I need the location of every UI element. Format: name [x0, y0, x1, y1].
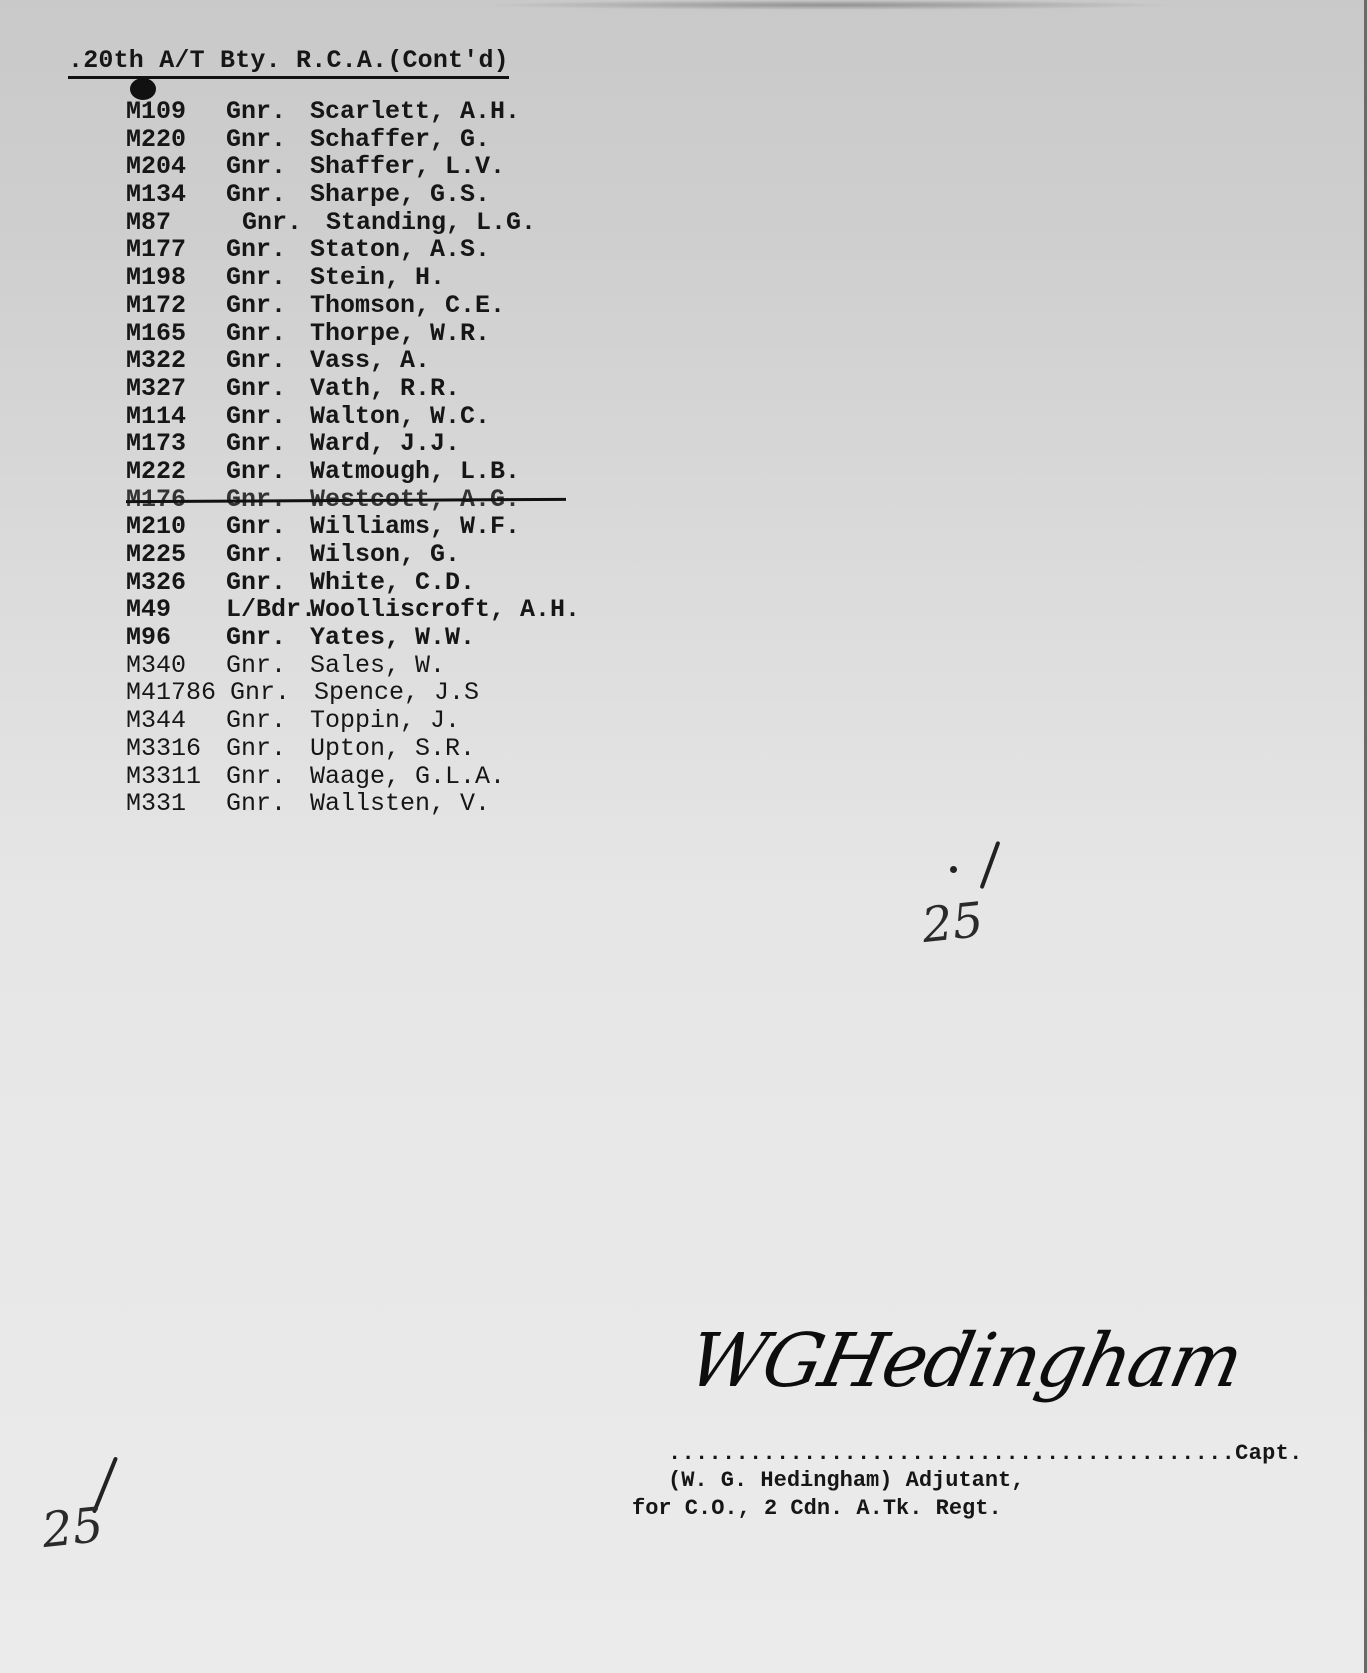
roster-row: M3316Gnr.Upton, S.R.	[126, 735, 580, 763]
roster-row: M220Gnr.Schaffer, G.	[126, 126, 580, 154]
roster-row: M176Gnr.Westcott, A.G.	[126, 486, 580, 514]
roster-row: M326Gnr.White, C.D.	[126, 569, 580, 597]
rank: Gnr.	[226, 264, 310, 292]
service-number: M210	[126, 513, 226, 541]
soldier-name: Spence, J.S	[314, 678, 479, 707]
service-number: M198	[126, 264, 226, 292]
roster-row: M109Gnr.Scarlett, A.H.	[126, 98, 580, 126]
service-number: M322	[126, 347, 226, 375]
roster-row: M340Gnr.Sales, W.	[126, 652, 580, 680]
service-number: M204	[126, 153, 226, 181]
soldier-name: Sharpe, G.S.	[310, 180, 490, 209]
rank: Gnr.	[226, 486, 310, 514]
roster-row: M327Gnr.Vath, R.R.	[126, 375, 580, 403]
rank: Gnr.	[226, 513, 310, 541]
soldier-name: Williams, W.F.	[310, 512, 520, 541]
soldier-name: Toppin, J.	[310, 706, 460, 735]
rank: Gnr.	[226, 790, 310, 818]
soldier-name: Waage, G.L.A.	[310, 762, 505, 791]
service-number: M3316	[126, 735, 226, 763]
signature-block: WGHedingham	[690, 1318, 1210, 1458]
soldier-name: Shaffer, L.V.	[310, 152, 505, 181]
rank: Gnr.	[226, 652, 310, 680]
roster-row: M225Gnr.Wilson, G.	[126, 541, 580, 569]
handwritten-count-middle: 25	[919, 892, 986, 954]
roster-row: M198Gnr.Stein, H.	[126, 264, 580, 292]
rank: Gnr.	[226, 458, 310, 486]
service-number: M225	[126, 541, 226, 569]
service-number: M96	[126, 624, 226, 652]
soldier-name: Watmough, L.B.	[310, 457, 520, 486]
rank: Gnr.	[226, 181, 310, 209]
service-number: M114	[126, 403, 226, 431]
service-number: M87	[126, 209, 226, 237]
service-number: M326	[126, 569, 226, 597]
rank: Gnr.	[242, 209, 326, 237]
rank: Gnr.	[226, 763, 310, 791]
rank: L/Bdr.	[226, 596, 310, 624]
handwritten-dot	[950, 866, 957, 873]
roster-row: M204Gnr.Shaffer, L.V.	[126, 153, 580, 181]
soldier-name: Westcott, A.G.	[310, 485, 520, 514]
rank: Gnr.	[230, 679, 314, 707]
soldier-name: White, C.D.	[310, 568, 475, 597]
signatory-unit: for C.O., 2 Cdn. A.Tk. Regt.	[632, 1496, 1002, 1521]
service-number: M220	[126, 126, 226, 154]
rank: Gnr.	[226, 430, 310, 458]
handwritten-tick-mark	[980, 841, 1001, 889]
rank: Gnr.	[226, 236, 310, 264]
soldier-name: Standing, L.G.	[326, 208, 536, 237]
soldier-name: Vath, R.R.	[310, 374, 460, 403]
roster-list: M109Gnr.Scarlett, A.H.M220Gnr.Schaffer, …	[126, 98, 580, 818]
soldier-name: Schaffer, G.	[310, 125, 490, 154]
roster-row: M322Gnr.Vass, A.	[126, 347, 580, 375]
soldier-name: Ward, J.J.	[310, 429, 460, 458]
service-number: M327	[126, 375, 226, 403]
roster-row: M49L/Bdr.Woolliscroft, A.H.	[126, 596, 580, 624]
rank: Gnr.	[226, 126, 310, 154]
rank: Gnr.	[226, 624, 310, 652]
scan-shadow	[480, 0, 1180, 10]
handwritten-count-lower: 25	[39, 1497, 106, 1559]
roster-row: M172Gnr.Thomson, C.E.	[126, 292, 580, 320]
roster-row: M3311Gnr.Waage, G.L.A.	[126, 763, 580, 791]
signature-dotted-line: ........................................…	[668, 1441, 1303, 1466]
soldier-name: Stein, H.	[310, 263, 445, 292]
service-number: M3311	[126, 763, 226, 791]
service-number: M177	[126, 236, 226, 264]
roster-row: M173Gnr.Ward, J.J.	[126, 430, 580, 458]
rank: Gnr.	[226, 153, 310, 181]
roster-row: M96Gnr.Yates, W.W.	[126, 624, 580, 652]
soldier-name: Thorpe, W.R.	[310, 319, 490, 348]
rank: Gnr.	[226, 541, 310, 569]
service-number: M176	[126, 486, 226, 514]
roster-row: M177Gnr.Staton, A.S.	[126, 236, 580, 264]
roster-row: M114Gnr.Walton, W.C.	[126, 403, 580, 431]
service-number: M331	[126, 790, 226, 818]
service-number: M165	[126, 320, 226, 348]
service-number: M134	[126, 181, 226, 209]
rank: Gnr.	[226, 403, 310, 431]
service-number: M173	[126, 430, 226, 458]
service-number: M172	[126, 292, 226, 320]
roster-row: M87Gnr.Standing, L.G.	[126, 209, 580, 237]
soldier-name: Thomson, C.E.	[310, 291, 505, 320]
rank: Gnr.	[226, 735, 310, 763]
rank: Gnr.	[226, 569, 310, 597]
roster-row: M134Gnr.Sharpe, G.S.	[126, 181, 580, 209]
roster-row: M41786Gnr.Spence, J.S	[126, 679, 580, 707]
battery-heading: .20th A/T Bty. R.C.A.(Cont'd)	[68, 46, 509, 79]
rank: Gnr.	[226, 292, 310, 320]
service-number: M41786	[126, 679, 216, 707]
handwritten-signature: WGHedingham	[681, 1318, 1249, 1404]
soldier-name: Upton, S.R.	[310, 734, 475, 763]
rank: Gnr.	[226, 98, 310, 126]
rank: Gnr.	[226, 707, 310, 735]
soldier-name: Sales, W.	[310, 651, 445, 680]
soldier-name: Yates, W.W.	[310, 623, 475, 652]
soldier-name: Wallsten, V.	[310, 789, 490, 818]
service-number: M340	[126, 652, 226, 680]
rank: Gnr.	[226, 375, 310, 403]
rank: Gnr.	[226, 347, 310, 375]
service-number: M344	[126, 707, 226, 735]
rank: Gnr.	[226, 320, 310, 348]
roster-row: M210Gnr.Williams, W.F.	[126, 513, 580, 541]
soldier-name: Walton, W.C.	[310, 402, 490, 431]
soldier-name: Staton, A.S.	[310, 235, 490, 264]
soldier-name: Woolliscroft, A.H.	[310, 595, 580, 624]
soldier-name: Wilson, G.	[310, 540, 460, 569]
service-number: M109	[126, 98, 226, 126]
roster-row: M165Gnr.Thorpe, W.R.	[126, 320, 580, 348]
signatory-name: (W. G. Hedingham) Adjutant,	[668, 1468, 1024, 1493]
roster-row: M222Gnr.Watmough, L.B.	[126, 458, 580, 486]
service-number: M49	[126, 596, 226, 624]
soldier-name: Vass, A.	[310, 346, 430, 375]
service-number: M222	[126, 458, 226, 486]
roster-row: M344Gnr.Toppin, J.	[126, 707, 580, 735]
soldier-name: Scarlett, A.H.	[310, 97, 520, 126]
roster-row: M331Gnr.Wallsten, V.	[126, 790, 580, 818]
